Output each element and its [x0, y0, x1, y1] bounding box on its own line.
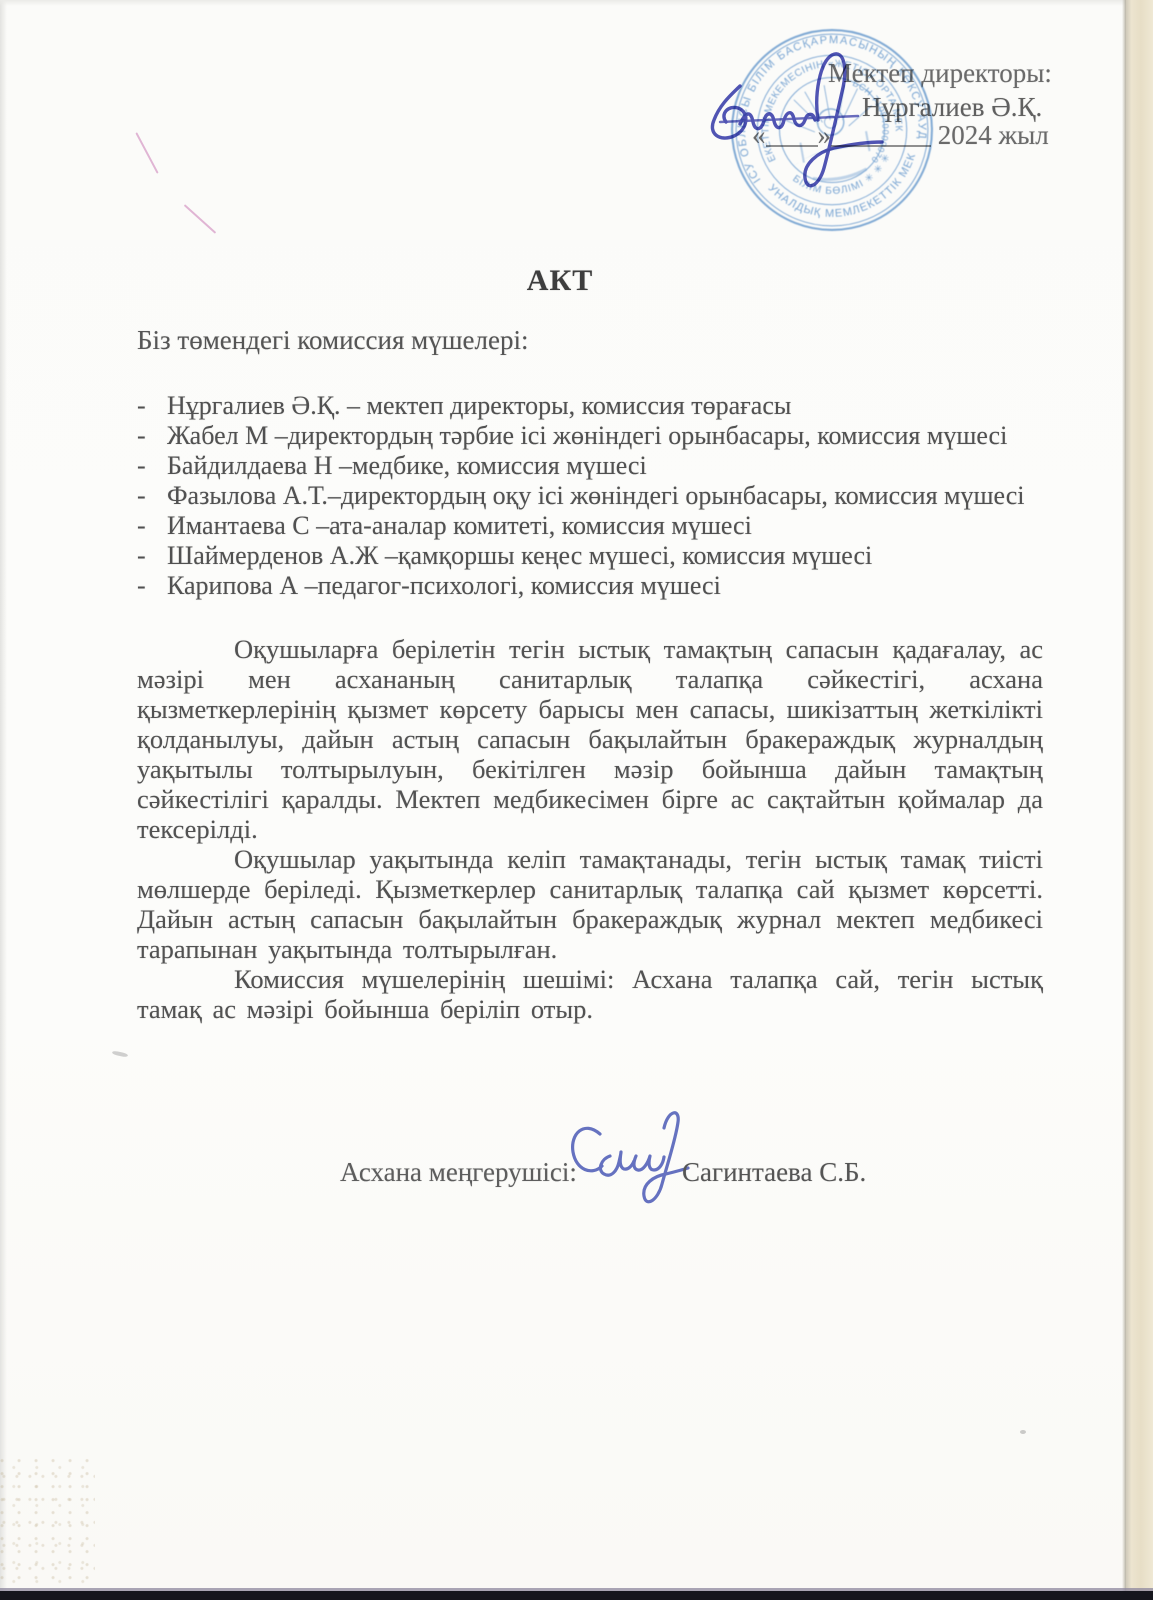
member-text: Нұргалиев Ә.Қ. – мектеп директоры, комис…: [167, 391, 791, 420]
bullet-dash: -: [137, 481, 167, 511]
scan-edge-right-strip: [1126, 0, 1153, 1600]
member-row: -Фазылова А.Т.–директордың оқу ісі жөнін…: [137, 481, 1052, 511]
canteen-manager-signature: [564, 1104, 690, 1216]
pink-scratch-mark: [135, 132, 158, 174]
member-row: -Имантаева С –ата-аналар комитеті, комис…: [137, 511, 1052, 541]
bullet-dash: -: [137, 391, 167, 421]
member-text: Карипова А –педагог-психологі, комиссия …: [167, 571, 721, 600]
member-row: -Байдилдаева Н –медбике, комиссия мүшесі: [137, 451, 1052, 481]
paragraph-decision: Комиссия мүшелерінің шешімі: Асхана тала…: [137, 964, 1043, 1024]
member-row: -Жабел М –директордың тәрбие ісі жөнінде…: [137, 421, 1052, 451]
scan-speck: [1020, 1430, 1026, 1434]
commission-members-list: -Нұргалиев Ә.Қ. – мектеп директоры, коми…: [137, 391, 1052, 601]
bullet-dash: -: [137, 511, 167, 541]
bullet-dash: -: [137, 451, 167, 481]
member-row: -Шаймерденов А.Ж –қамқоршы кеңес мүшесі,…: [137, 541, 1052, 571]
pink-scratch-mark: [184, 204, 217, 234]
member-text: Фазылова А.Т.–директордың оқу ісі жөнінд…: [167, 481, 1024, 510]
document-page: Мектеп директоры: Нұргалиев Ә.Қ. «» 2024…: [0, 0, 1153, 1600]
bullet-dash: -: [137, 571, 167, 601]
bullet-dash: -: [137, 541, 167, 571]
year-text: 2024 жыл: [938, 120, 1049, 150]
canteen-manager-name: Сагинтаева С.Б.: [682, 1157, 866, 1188]
scan-edge-bottom-bar: [0, 1591, 1153, 1600]
member-text: Байдилдаева Н –медбике, комиссия мүшесі: [167, 451, 647, 480]
member-row: -Нұргалиев Ә.Қ. – мектеп директоры, коми…: [137, 391, 1052, 421]
member-text: Шаймерденов А.Ж –қамқоршы кеңес мүшесі, …: [167, 541, 872, 570]
member-row: -Карипова А –педагог-психологі, комиссия…: [137, 571, 1052, 601]
intro-line: Біз төмендегі комиссия мүшелері:: [137, 325, 528, 356]
document-title: АКТ: [110, 264, 1010, 298]
paragraph-findings: Оқушылар уақытында келіп тамақтанады, те…: [137, 844, 1043, 964]
scan-speck: [112, 1050, 128, 1057]
member-text: Имантаева С –ата-аналар комитеті, комисс…: [167, 511, 752, 540]
paragraph-inspection: Оқушыларға берілетін тегін ыстық тамақты…: [137, 634, 1043, 844]
canteen-manager-label: Асхана меңгерушісі:: [340, 1157, 577, 1188]
member-text: Жабел М –директордың тәрбие ісі жөніндег…: [167, 421, 1007, 450]
body-paragraphs: Оқушыларға берілетін тегін ыстық тамақты…: [137, 634, 1043, 1024]
scan-edge-left: [0, 0, 7, 1600]
bullet-dash: -: [137, 421, 167, 451]
scan-speckles: [0, 1458, 95, 1588]
director-signature: [706, 46, 906, 216]
scan-edge-top: [0, 0, 1153, 6]
